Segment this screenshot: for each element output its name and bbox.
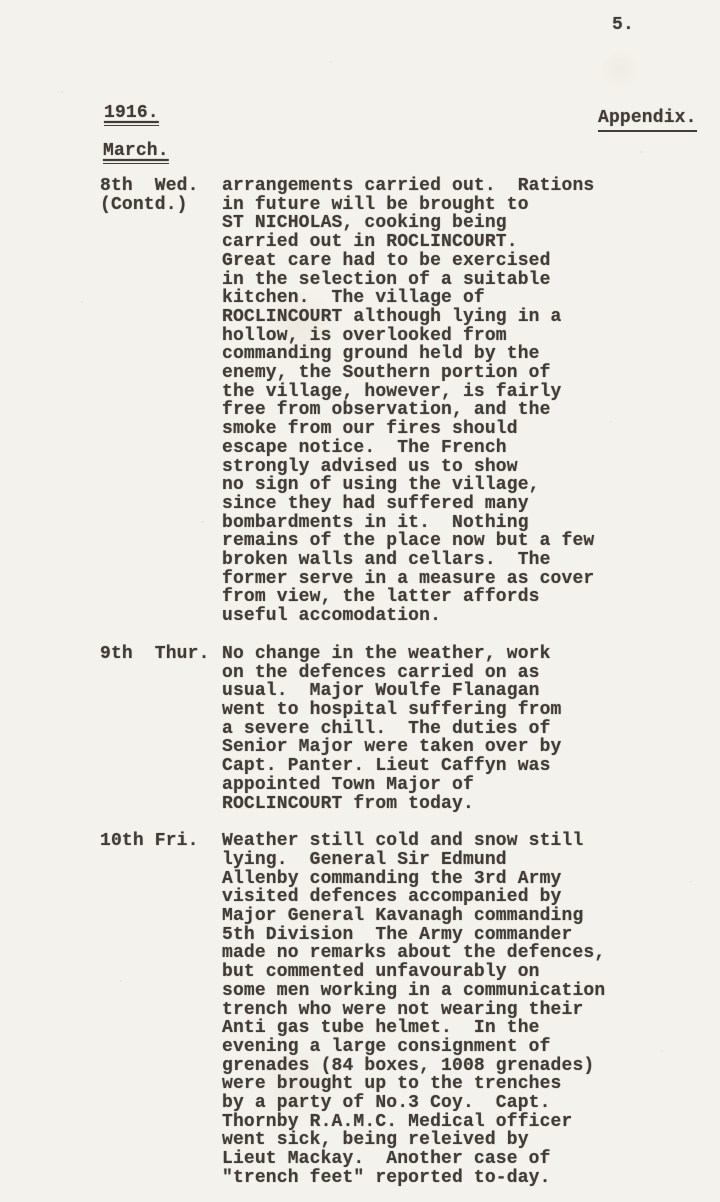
entry-body: arrangements carried out. Rations in fut… xyxy=(222,177,704,626)
diary-entries: 8th Wed. (Contd.) arrangements carried o… xyxy=(100,177,704,1202)
month-heading: March. xyxy=(103,142,169,164)
entry-body: No change in the weather, work on the de… xyxy=(222,645,704,813)
appendix-label: Appendix. xyxy=(598,109,697,132)
entry-date: 9th Thur. xyxy=(100,645,222,664)
month-heading-text: March. xyxy=(103,142,169,164)
appendix-label-text: Appendix. xyxy=(598,109,697,132)
document-page: 5. 1916. Appendix. March. 8th Wed. (Cont… xyxy=(0,0,720,1202)
diary-entry-10th-fri: 10th Fri. Weather still cold and snow st… xyxy=(100,832,704,1187)
diary-entry-9th-thur: 9th Thur. No change in the weather, work… xyxy=(100,645,704,813)
entry-date: 8th Wed. (Contd.) xyxy=(100,177,222,214)
entry-date: 10th Fri. xyxy=(100,832,222,851)
entry-body: Weather still cold and snow still lying.… xyxy=(222,832,704,1187)
page-number: 5. xyxy=(612,16,634,35)
year-heading: 1916. xyxy=(104,104,159,126)
year-heading-text: 1916. xyxy=(104,104,159,126)
diary-entry-8th-wed: 8th Wed. (Contd.) arrangements carried o… xyxy=(100,177,704,626)
